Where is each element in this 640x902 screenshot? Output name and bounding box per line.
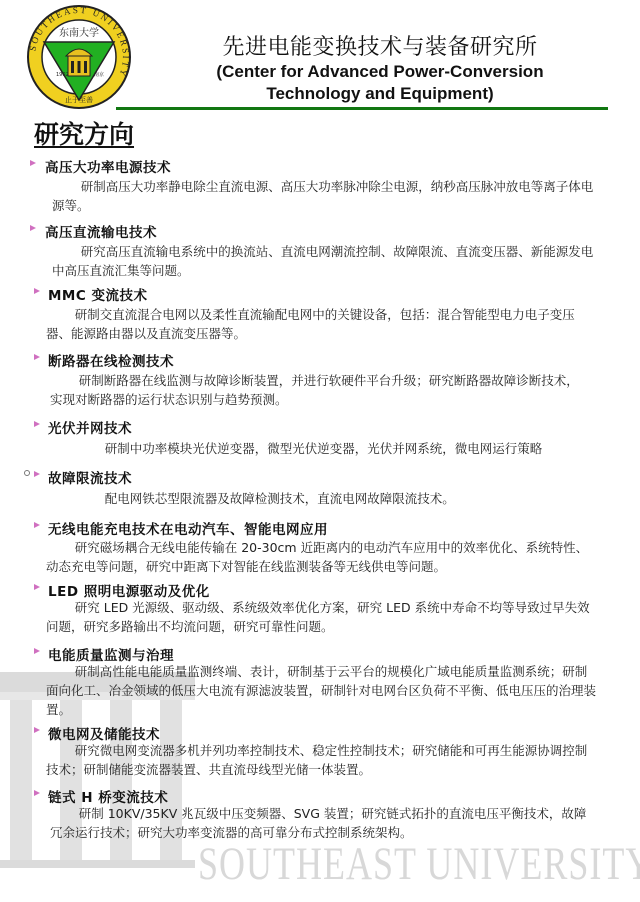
bullet-arrow-icon	[34, 354, 40, 360]
logo-year-left: 1902	[56, 72, 69, 78]
bullet-arrow-icon	[34, 790, 40, 796]
bullet-arrow-icon	[34, 727, 40, 733]
header-divider	[116, 107, 608, 110]
item-description: 研制中功率模块光伏逆变器，微型光伏逆变器，光伏并网系统，微电网运行策略	[76, 439, 636, 458]
bullet-arrow-icon	[30, 225, 36, 231]
bullet-arrow-icon	[34, 421, 40, 427]
item-title: 电能质量监测与治理	[48, 644, 174, 664]
item-title: 光伏并网技术	[48, 417, 132, 437]
item-description: 配电网铁芯型限流器及故障检测技术，直流电网故障限流技术。	[76, 489, 616, 508]
item-title: 故障限流技术	[48, 467, 132, 487]
item-title: MMC 变流技术	[48, 284, 147, 304]
item-description: 研究高压直流输电系统中的换流站、直流电网潮流控制、故障限流、直流变压器、新能源发…	[52, 242, 600, 280]
small-circle-icon	[24, 470, 30, 476]
item-title: LED 照明电源驱动及优化	[48, 580, 210, 600]
bullet-arrow-icon	[34, 471, 40, 477]
bullet-arrow-icon	[34, 648, 40, 654]
southeast-university-logo: SOUTHEAST UNIVERSITY 东南大学 1902 南京 止于至善	[26, 4, 132, 110]
item-title: 无线电能充电技术在电动汽车、智能电网应用	[48, 518, 328, 538]
item-description: 研制交直流混合电网以及柔性直流输配电网中的关键设备，包括：混合智能型电力电子变压…	[46, 305, 598, 343]
bullet-arrow-icon	[34, 584, 40, 590]
item-title: 微电网及储能技术	[48, 723, 160, 743]
item-title: 链式 H 桥变流技术	[48, 786, 168, 806]
item-description: 研究 LED 光源级、驱动级、系统级效率优化方案，研究 LED 系统中寿命不均等…	[46, 598, 594, 636]
item-description: 研究磁场耦合无线电能传输在 20-30cm 近距离内的电动汽车应用中的效率优化、…	[46, 538, 594, 576]
logo-inner-text: 东南大学	[59, 26, 99, 39]
institute-title-en-line2: Technology and Equipment)	[150, 83, 610, 105]
item-description: 研究微电网变流器多机并列功率控制技术、稳定性控制技术；研究储能和可再生能源协调控…	[46, 741, 598, 779]
item-description: 研制 10KV/35KV 兆瓦级中压变频器、SVG 装置；研究链式拓扑的直流电压…	[50, 804, 598, 842]
logo-year-right: 南京	[94, 71, 104, 78]
bullet-arrow-icon	[34, 522, 40, 528]
item-title: 高压直流输电技术	[45, 221, 157, 241]
logo-bottom-text: 止于至善	[65, 95, 93, 104]
item-title: 断路器在线检测技术	[48, 350, 174, 370]
item-description: 研制断路器在线监测与故障诊断装置，并进行软硬件平台升级；研究断路器故障诊断技术，…	[50, 371, 590, 409]
institute-title-cn: 先进电能变换技术与装备研究所	[150, 30, 610, 61]
bullet-arrow-icon	[30, 160, 36, 166]
item-description: 研制高压大功率静电除尘直流电源、高压大功率脉冲除尘电源，纳秒高压脉冲放电等离子体…	[52, 177, 597, 215]
university-watermark-text: SOUTHEAST UNIVERSITY	[198, 836, 640, 891]
institute-title-en-line1: (Center for Advanced Power-Conversion	[150, 61, 610, 83]
item-title: 高压大功率电源技术	[45, 156, 171, 176]
institute-title-en: (Center for Advanced Power-Conversion Te…	[150, 61, 610, 105]
item-description: 研制高性能电能质量监测终端、表计，研制基于云平台的规模化广域电能质量监测系统；研…	[46, 662, 598, 719]
section-title: 研究方向	[34, 115, 134, 151]
bullet-arrow-icon	[34, 288, 40, 294]
